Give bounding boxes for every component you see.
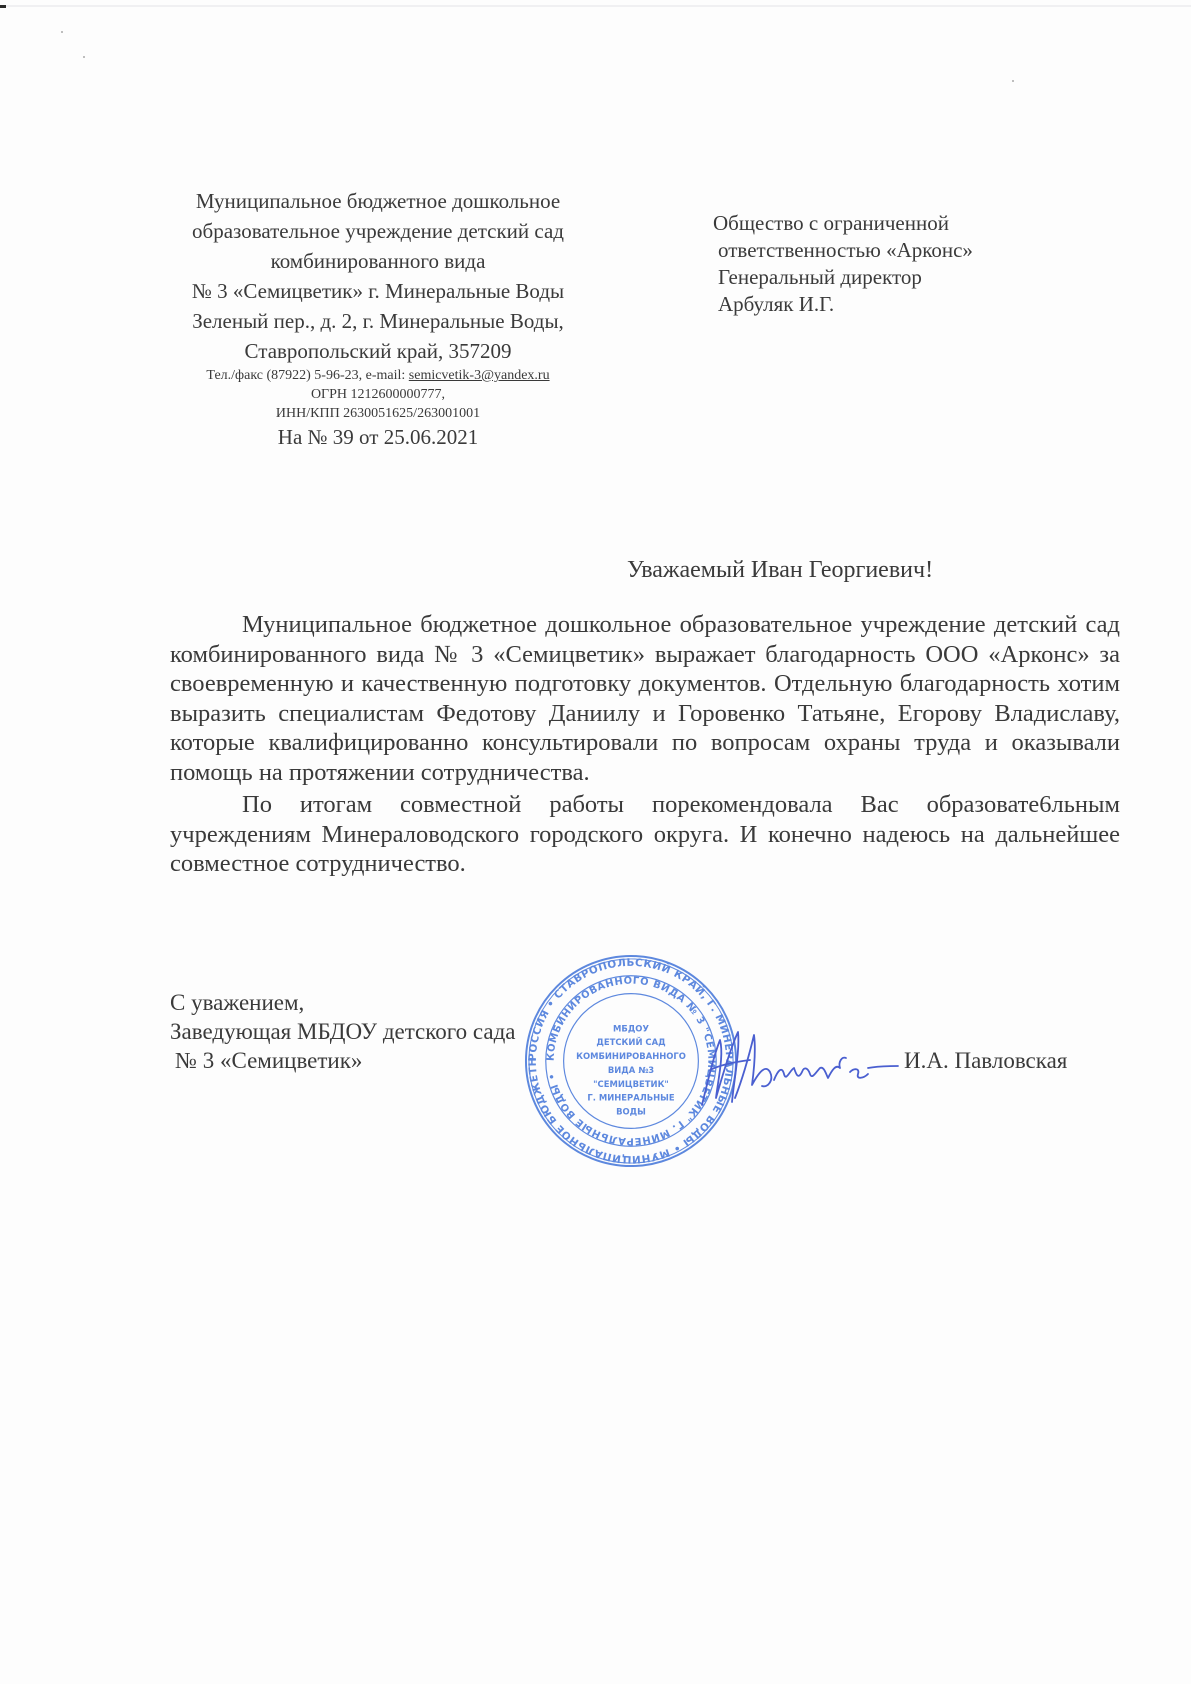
scan-edge	[0, 5, 1191, 7]
sender-line: образовательное учреждение детский сад	[168, 216, 588, 246]
closing-position: Заведующая МБДОУ детского сада	[170, 1017, 516, 1046]
stamp-center-line: МБДОУ	[613, 1023, 649, 1033]
scan-mark	[0, 5, 6, 8]
body-paragraph: По итогам совместной работы порекомендов…	[170, 790, 1120, 879]
stamp-center-line: ВИДА №3	[608, 1065, 654, 1075]
sender-inn-kpp: ИНН/КПП 2630051625/263001001	[168, 404, 588, 423]
stamp-center-line: "СЕМИЦВЕТИК"	[593, 1079, 669, 1089]
closing-block: С уважением, Заведующая МБДОУ детского с…	[170, 988, 516, 1075]
addressee-line: ответственностью «Арконс»	[718, 237, 1043, 264]
scan-speck	[1012, 80, 1014, 82]
handwritten-signature-icon	[690, 1010, 900, 1120]
addressee-line: Генеральный директор	[718, 264, 1043, 291]
letter-body: Муниципальное бюджетное дошкольное образ…	[170, 610, 1120, 879]
signer-name: И.А. Павловская	[904, 1048, 1067, 1074]
stamp-center-line: ВОДЫ	[616, 1107, 646, 1117]
reference-number: На № 39 от 25.06.2021	[168, 423, 588, 451]
sender-line: комбинированного вида	[168, 246, 588, 276]
sender-line: Ставропольский край, 357209	[168, 336, 588, 366]
sender-contacts: Тел./факс (87922) 5-96-23, e-mail: semic…	[168, 366, 588, 385]
scan-speck	[83, 56, 85, 58]
stamp-center-line: КОМБИНИРОВАННОГО	[576, 1051, 686, 1061]
letter-page: Муниципальное бюджетное дошкольное образ…	[0, 0, 1191, 1684]
sender-line: Муниципальное бюджетное дошкольное	[168, 186, 588, 216]
salutation-text: Уважаемый Иван Георгиевич!	[627, 557, 933, 583]
sender-ogrn: ОГРН 1212600000777,	[168, 385, 588, 404]
salutation: Уважаемый Иван Георгиевич!	[170, 557, 1120, 584]
stamp-center-line: Г. МИНЕРАЛЬНЫЕ	[587, 1093, 674, 1103]
addressee-block: Общество с ограниченной ответственностью…	[713, 210, 1043, 318]
scan-speck	[61, 31, 63, 33]
stamp-center-line: ДЕТСКИЙ САД	[596, 1036, 665, 1047]
body-paragraph: Муниципальное бюджетное дошкольное образ…	[170, 610, 1120, 787]
sender-line: Зеленый пер., д. 2, г. Минеральные Воды,	[168, 306, 588, 336]
closing-regards: С уважением,	[170, 988, 516, 1017]
sender-email-link[interactable]: semicvetik-3@yandex.ru	[409, 368, 550, 383]
closing-org: № 3 «Семицветик»	[170, 1046, 516, 1075]
sender-block: Муниципальное бюджетное дошкольное образ…	[168, 186, 588, 451]
sender-line: № 3 «Семицветик» г. Минеральные Воды	[168, 276, 588, 306]
addressee-line: Общество с ограниченной	[713, 210, 1043, 237]
sender-phone: Тел./факс (87922) 5-96-23, e-mail:	[206, 368, 408, 383]
addressee-line: Арбуляк И.Г.	[718, 291, 1043, 318]
